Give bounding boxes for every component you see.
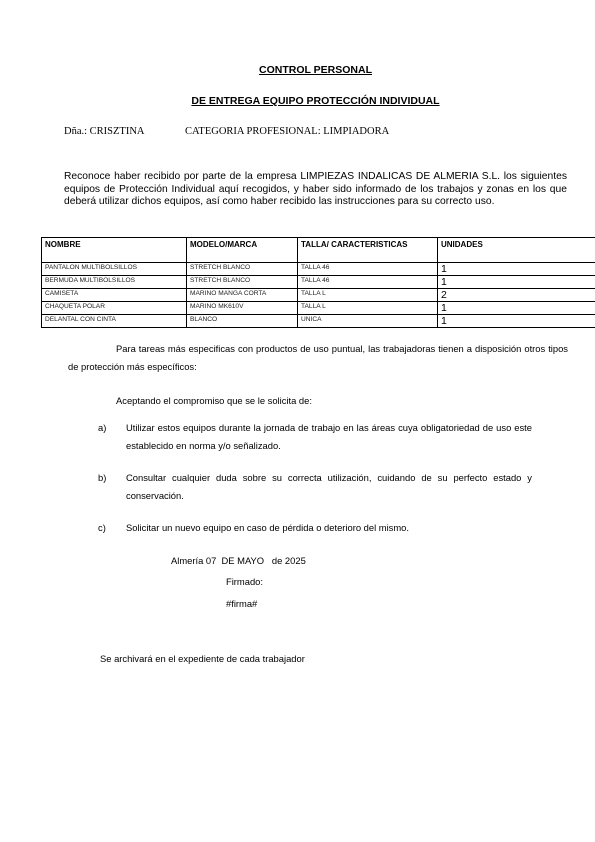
signature-date: Almería 07 DE MAYO de 2025 [171,552,306,570]
cell-unidades: 2 [438,289,595,302]
cell-modelo: BLANCO [187,315,298,328]
cell-modelo: MARINO MK610V [187,302,298,315]
table-header-row: NOMBRE MODELO/MARCA TALLA/ CARACTERISTIC… [42,238,595,263]
cell-unidades: 1 [438,315,595,328]
cell-modelo: STRETCH BLANCO [187,276,298,289]
item-text: Consultar cualquier duda sobre su correc… [126,469,532,505]
item-label: b) [98,469,106,487]
cell-talla: TALLA 46 [298,276,438,289]
signature-placeholder: #firma# [226,595,257,613]
signed-label: Firmado: [226,573,263,591]
cell-modelo: MARINO MANGA CORTA [187,289,298,302]
item-label: c) [98,519,106,537]
commitment-intro: Aceptando el compromiso que se le solici… [116,392,312,410]
item-label: a) [98,419,106,437]
cell-nombre: CAMISETA [42,289,187,302]
item-text: Solicitar un nuevo equipo en caso de pér… [126,519,532,537]
document-subtitle: DE ENTREGA EQUIPO PROTECCIÓN INDIVIDUAL [18,95,595,107]
intro-paragraph: Reconoce haber recibido por parte de la … [64,171,567,209]
table-row: CAMISETA MARINO MANGA CORTA TALLA L 2 [42,289,595,302]
intro-text-last: instrucciones para su correcto uso. [335,196,495,207]
cell-unidades: 1 [438,276,595,289]
archive-note: Se archivará en el expediente de cada tr… [100,650,305,668]
header-nombre: NOMBRE [42,238,187,263]
header-modelo-marca: MODELO/MARCA [187,238,298,263]
cell-unidades: 1 [438,302,595,315]
cell-talla: UNICA [298,315,438,328]
item-text: Utilizar estos equipos durante la jornad… [126,419,532,455]
document-title: CONTROL PERSONAL [18,64,595,76]
specific-protection-paragraph: Para tareas más especificas con producto… [68,340,568,376]
header-unidades: UNIDADES [438,238,595,263]
cell-nombre: PANTALON MULTIBOLSILLOS [42,263,187,276]
ppe-table: NOMBRE MODELO/MARCA TALLA/ CARACTERISTIC… [41,237,595,328]
cell-unidades: 1 [438,263,595,276]
cell-talla: TALLA 46 [298,263,438,276]
cell-nombre: CHAQUETA POLAR [42,302,187,315]
cell-modelo: STRETCH BLANCO [187,263,298,276]
table-row: DELANTAL CON CINTA BLANCO UNICA 1 [42,315,595,328]
cell-talla: TALLA L [298,302,438,315]
employee-name: Dña.: CRISZTINA [64,126,145,137]
professional-category: CATEGORIA PROFESIONAL: LIMPIADORA [185,126,389,137]
cell-talla: TALLA L [298,289,438,302]
header-talla: TALLA/ CARACTERISTICAS [298,238,438,263]
table-row: CHAQUETA POLAR MARINO MK610V TALLA L 1 [42,302,595,315]
table-row: PANTALON MULTIBOLSILLOS STRETCH BLANCO T… [42,263,595,276]
cell-nombre: BERMUDA MULTIBOLSILLOS [42,276,187,289]
cell-nombre: DELANTAL CON CINTA [42,315,187,328]
table-row: BERMUDA MULTIBOLSILLOS STRETCH BLANCO TA… [42,276,595,289]
